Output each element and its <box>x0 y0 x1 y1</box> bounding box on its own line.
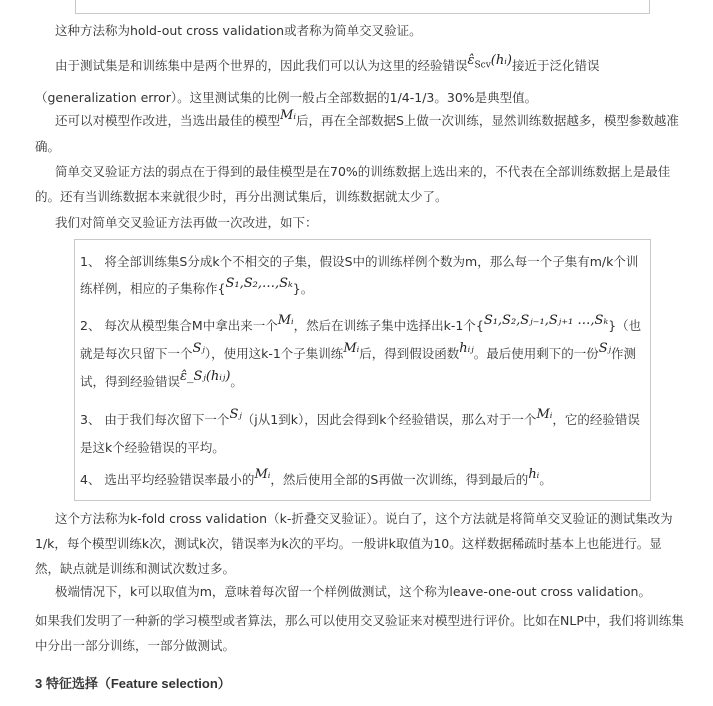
math-model: Mᵢ <box>343 341 359 356</box>
text: 。最后使用剩下的一份 <box>474 346 599 361</box>
paragraph-improve-model: 还可以对模型作改进，当选出最佳的模型Mᵢ后，再在全部数据S上做一次训练，显然训练… <box>35 108 685 159</box>
paragraph-kfold: 这个方法称为k-fold cross validation（k-折叠交叉验证）。… <box>35 506 685 581</box>
text: 。 <box>539 472 552 487</box>
math-empirical-error: ε̂_Sⱼ(hᵢⱼ) <box>180 369 230 384</box>
math-subsets: S₁,S₂,Sⱼ₋₁,Sⱼ₊₁ …,Sₖ <box>484 313 608 328</box>
text: 这个方法称为k-fold cross validation（k-折叠交叉验证）。… <box>35 511 673 576</box>
list-item-2: 2、 每次从模型集合M中拿出来一个Mᵢ，然后在训练子集中选择出k-1个{S₁,S… <box>80 312 642 396</box>
text: 。 <box>230 374 243 389</box>
paragraph-nlp-usage: 如果我们发明了一种新的学习模型或者算法，那么可以使用交叉验证来对模型进行评价。比… <box>35 608 685 658</box>
text: 1、 将全部训练集S分成k个不相交的子集，假设S中的训练样例个数为m，那么每一个… <box>80 254 638 296</box>
text: 后，得到假设函数 <box>359 346 459 361</box>
text: 极端情况下，k可以取值为m，意味着每次留一个样例做测试，这个称为leave-on… <box>55 584 651 599</box>
list-item-4: 4、 选出平均经验错误率最小的Mᵢ，然后使用全部的S再做一次训练，得到最后的hᵢ… <box>80 466 642 494</box>
math-subsets: S₁,S₂,…,Sₖ <box>225 276 292 291</box>
math-model: Mᵢ <box>254 467 270 482</box>
text: }。 <box>293 281 313 296</box>
text: 2、 每次从模型集合M中拿出来一个 <box>80 318 278 333</box>
text: 这种方法称为hold-out cross validation或者称为简单交叉验… <box>55 23 422 38</box>
text: 4、 选出平均经验错误率最小的 <box>80 472 254 487</box>
paragraph-hold-out: 这种方法称为hold-out cross validation或者称为简单交叉验… <box>35 18 685 43</box>
math-model: Mᵢ <box>278 313 294 328</box>
math-hypothesis: hᵢ <box>528 467 539 482</box>
text: 我们对简单交叉验证方法再做一次改进，如下： <box>55 215 318 230</box>
text: ），使用这k-1个子集训练 <box>205 346 343 361</box>
math-symbol: ε̂ <box>468 53 475 68</box>
kfold-steps-box: 1、 将全部训练集S分成k个不相交的子集，假设S中的训练样例个数为m，那么每一个… <box>74 239 651 501</box>
paragraph-test-set: 由于测试集是和训练集中是两个世界的，因此我们可以认为这里的经验错误ε̂Scv(h… <box>35 53 685 110</box>
math-subset-j: Sⱼ <box>599 341 611 356</box>
text: ，然后在训练子集中选择出k-1个{ <box>294 318 484 333</box>
previous-content-box <box>75 0 650 14</box>
math-model: Mᵢ <box>536 407 552 422</box>
text: 由于测试集是和训练集中是两个世界的，因此我们可以认为这里的经验错误 <box>55 58 468 73</box>
math-subscript: Scv <box>475 61 491 71</box>
text: 简单交叉验证方法的弱点在于得到的最佳模型是在70%的训练数据上选出来的，不代表在… <box>35 164 670 204</box>
math-args: (hᵢ) <box>491 53 512 68</box>
section-heading: 3 特征选择（Feature selection） <box>35 673 231 692</box>
list-item-1: 1、 将全部训练集S分成k个不相交的子集，假设S中的训练样例个数为m，那么每一个… <box>80 248 642 303</box>
text: 还可以对模型作改进，当选出最佳的模型 <box>55 113 280 128</box>
text: 如果我们发明了一种新的学习模型或者算法，那么可以使用交叉验证来对模型进行评价。比… <box>35 613 684 653</box>
math-subset-j: Sⱼ <box>193 341 205 356</box>
math-hypothesis: hᵢⱼ <box>459 341 473 356</box>
paragraph-improvement-intro: 我们对简单交叉验证方法再做一次改进，如下： <box>35 210 685 235</box>
math-subset-j: Sⱼ <box>229 407 241 422</box>
text: 3、 由于我们每次留下一个 <box>80 412 229 427</box>
math-empirical-error: ε̂Scv(hᵢ) <box>468 53 512 68</box>
list-item-3: 3、 由于我们每次留下一个Sⱼ（j从1到k），因此会得到k个经验错误，那么对于一… <box>80 406 642 461</box>
paragraph-leave-one-out: 极端情况下，k可以取值为m，意味着每次留一个样例做测试，这个称为leave-on… <box>35 579 685 604</box>
text: ，然后使用全部的S再做一次训练，得到最后的 <box>270 472 528 487</box>
math-model: Mᵢ <box>280 108 296 123</box>
paragraph-weakness: 简单交叉验证方法的弱点在于得到的最佳模型是在70%的训练数据上选出来的，不代表在… <box>35 159 685 209</box>
text: （j从1到k），因此会得到k个经验错误，那么对于一个 <box>242 412 537 427</box>
